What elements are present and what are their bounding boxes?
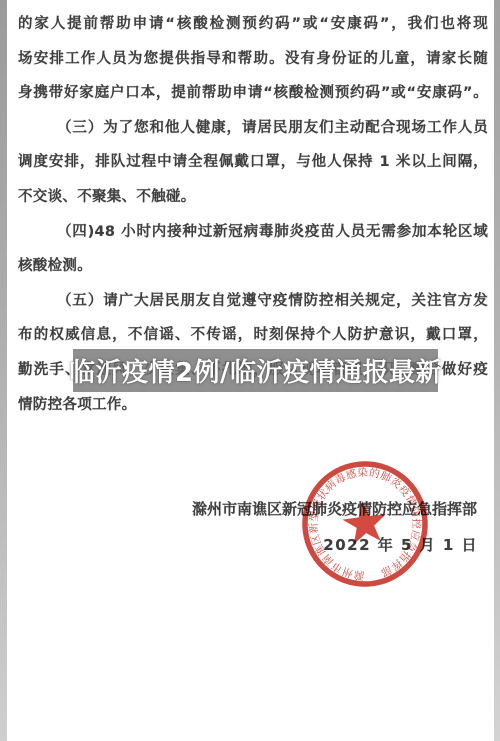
document-line: 核酸检测。 — [18, 249, 488, 284]
document-line: 身携带好家庭户口本，提前帮助申请“核酸检测预约码”或“安康码”。 — [18, 76, 488, 111]
right-edge-strip — [494, 0, 500, 741]
left-edge-strip — [0, 0, 7, 741]
document-line: 调度安排，排队过程中请全程佩戴口罩，与他人保持 1 米以上间隔， — [18, 145, 488, 180]
document-line: （三）为了您和他人健康，请居民朋友们主动配合现场工作人员 — [18, 111, 488, 146]
document-line: 场安排工作人员为您提供指导和帮助。没有身份证的儿童，请家长随 — [18, 42, 488, 77]
official-seal: 滁州市南谯区新型冠状病毒感染的肺炎疫情防控应急指挥部 — [289, 448, 441, 600]
document-line: （五）请广大居民朋友自觉遵守疫情防控相关规定，关注官方发 — [18, 284, 488, 319]
seal-star-icon — [340, 499, 389, 546]
document-line: 布的权威信息，不信谣、不传谣，时刻保持个人防护意识，戴口罩， — [18, 318, 488, 353]
document-line: （四)48 小时内接种过新冠病毒肺炎疫苗人员无需参加本轮区域 — [18, 215, 488, 250]
document-line: 不交谈、不聚集、不触碰。 — [18, 180, 488, 215]
document-line: 情防控各项工作。 — [18, 388, 488, 423]
document-line: 的家人提前帮助申请“核酸检测预约码”或“安康码”，我们也将现 — [18, 7, 488, 42]
overlay-title-banner: 临沂疫情2例/临沂疫情通报最新 — [73, 349, 438, 392]
overlay-title-text: 临沂疫情2例/临沂疫情通报最新 — [69, 352, 442, 389]
